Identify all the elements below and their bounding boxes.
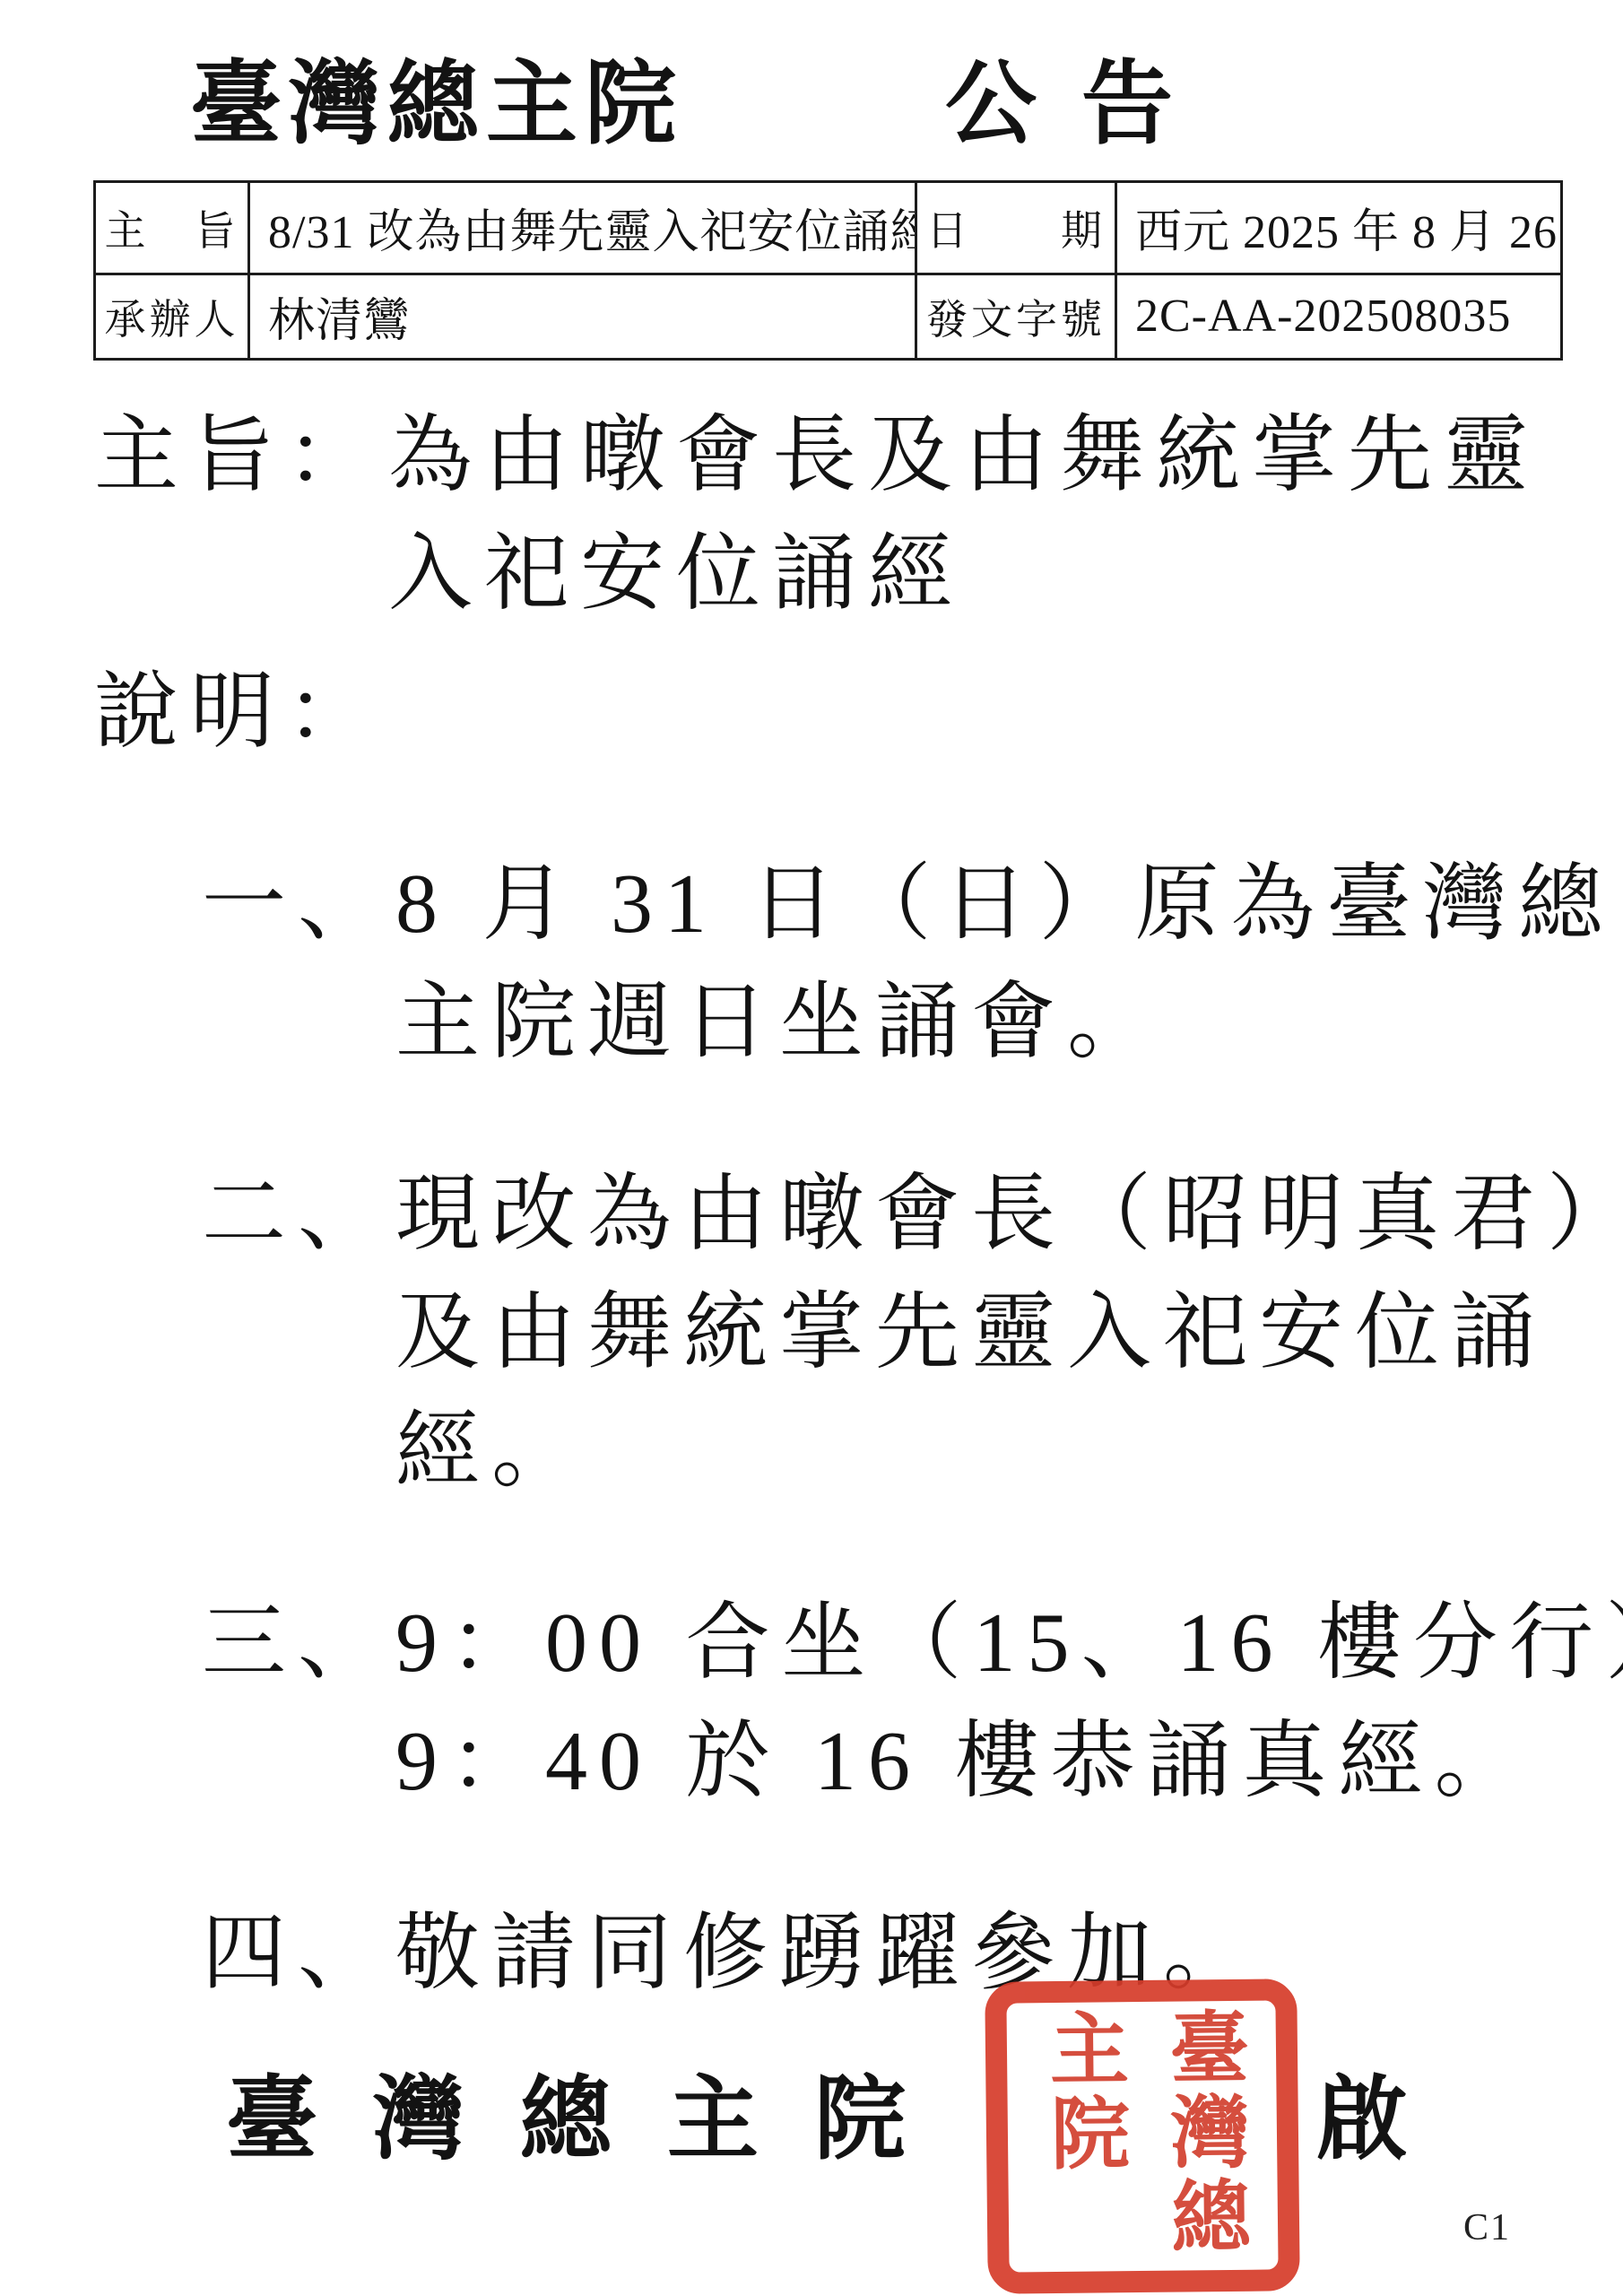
list-item-number: 三、	[202, 1584, 395, 1702]
list-item-3: 三、 9：00 合坐（15、16 樓分行） 9：40 於 16 樓恭誦真經。	[202, 1584, 1587, 1821]
doc-no-label-cell: 發文字號	[916, 274, 1116, 359]
list-item-4: 四、 敬請同修踴躍參加。	[202, 1894, 1587, 2013]
subject-content: 為由暾會長及由舞統掌先靈 入祀安位誦經	[388, 396, 1587, 633]
subject-label: 主旨：	[94, 396, 388, 515]
list-item-line: 主院週日坐誦會。	[395, 963, 1615, 1082]
info-table-row-1: 主 旨 8/31 改為由舞先靈入祀安位誦經 日 期 西元 2025 年 8 月 …	[95, 181, 1562, 274]
signature-org-name: 臺灣總主院	[226, 2047, 961, 2178]
list-item-content: 8 月 31 日（日）原為臺灣總 主院週日坐誦會。	[395, 845, 1615, 1082]
org-title: 臺灣總主院	[190, 47, 683, 166]
closing-character: 啟	[1316, 2047, 1408, 2178]
subject-label-cell: 主 旨	[95, 181, 249, 274]
document-header: 臺灣總主院 公告	[0, 0, 1623, 166]
list-item-number: 一、	[202, 845, 395, 963]
list-item-line: 經。	[395, 1392, 1623, 1510]
page-code: C1	[1463, 2206, 1511, 2249]
handler-label-cell: 承辦人	[95, 274, 249, 359]
date-label-cell: 日 期	[916, 181, 1116, 274]
list-item-content: 現改為由暾會長（昭明真君） 及由舞統掌先靈入祀安位誦 經。	[395, 1155, 1623, 1510]
subject-line: 入祀安位誦經	[388, 515, 1587, 633]
list-item-line: 9：40 於 16 樓恭誦真經。	[395, 1702, 1623, 1821]
list-item-line: 現改為由暾會長（昭明真君）	[395, 1155, 1623, 1274]
list-item-number: 二、	[202, 1155, 395, 1274]
handler-value-cell: 林清鸞	[249, 274, 916, 359]
seal-text: 臺灣總主院	[1021, 2006, 1264, 2267]
section-label: 說明：	[94, 653, 1587, 771]
info-table-row-2: 承辦人 林清鸞 發文字號 2C-AA-202508035	[95, 274, 1562, 359]
list-item-line: 8 月 31 日（日）原為臺灣總	[395, 845, 1615, 963]
date-value-cell: 西元 2025 年 8 月 26 日	[1116, 181, 1562, 274]
official-seal-stamp: 臺灣總主院	[985, 1979, 1300, 2294]
list-item-number: 四、	[202, 1894, 395, 2013]
list-item-line: 及由舞統掌先靈入祀安位誦	[395, 1274, 1623, 1392]
announcement-page: 臺灣總主院 公告 主 旨 8/31 改為由舞先靈入祀安位誦經 日 期 西元 20…	[0, 0, 1623, 2296]
document-body: 主旨： 為由暾會長及由舞統掌先靈 入祀安位誦經 說明： 一、 8 月 31 日（…	[94, 396, 1587, 2013]
doc-type-title: 公告	[945, 47, 1218, 166]
subject-line: 為由暾會長及由舞統掌先靈	[388, 396, 1587, 515]
list-item-content: 9：00 合坐（15、16 樓分行） 9：40 於 16 樓恭誦真經。	[395, 1584, 1623, 1821]
info-table: 主 旨 8/31 改為由舞先靈入祀安位誦經 日 期 西元 2025 年 8 月 …	[93, 180, 1563, 361]
subject-value-cell: 8/31 改為由舞先靈入祀安位誦經	[249, 181, 916, 274]
doc-no-value-cell: 2C-AA-202508035	[1116, 274, 1562, 359]
subject-paragraph: 主旨： 為由暾會長及由舞統掌先靈 入祀安位誦經	[94, 396, 1587, 633]
list-item-1: 一、 8 月 31 日（日）原為臺灣總 主院週日坐誦會。	[202, 845, 1587, 1082]
list-item-2: 二、 現改為由暾會長（昭明真君） 及由舞統掌先靈入祀安位誦 經。	[202, 1155, 1587, 1510]
list-item-line: 9：00 合坐（15、16 樓分行）	[395, 1584, 1623, 1702]
